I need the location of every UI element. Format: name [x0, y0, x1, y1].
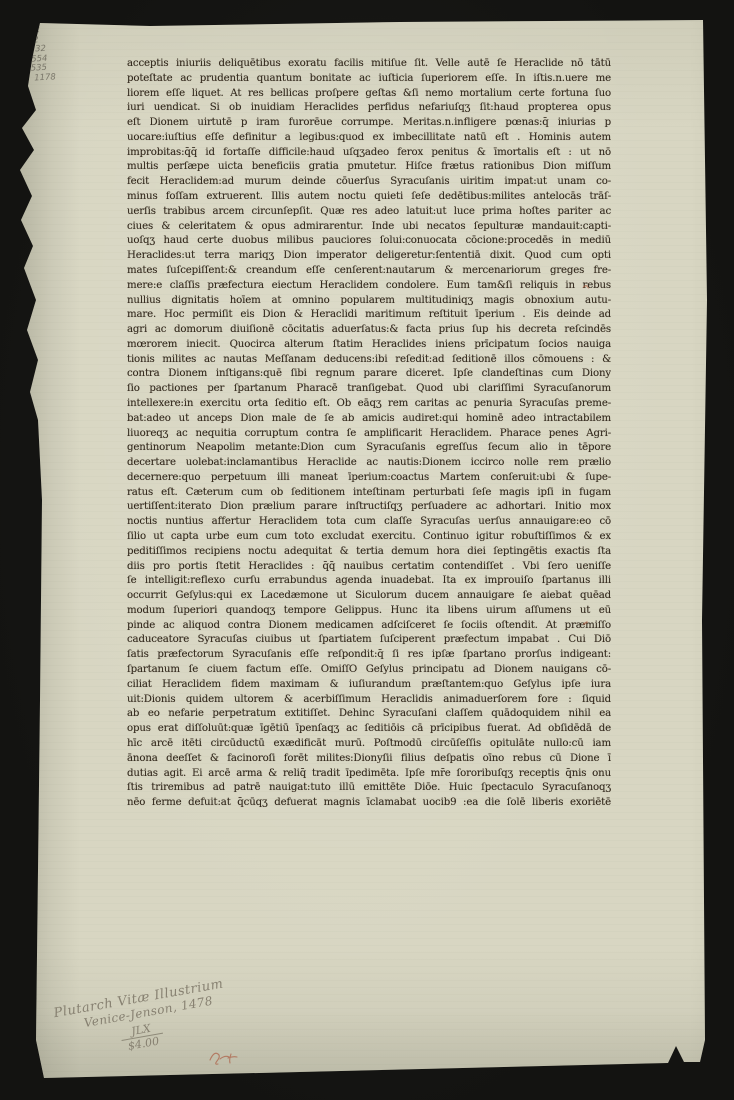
left-edge-shading [20, 20, 80, 1080]
text-line: uit:Dionis quidem ultorem & acerbiſſimum… [127, 693, 611, 708]
text-line: modum ſuperiori quandoqʒ tempore Gelippu… [127, 604, 611, 619]
text-line: mare. Hoc permiſit eis Dion & Heraclidi … [127, 308, 611, 323]
text-line: ſtis triremibus ad patrē nauigat:tuto il… [127, 781, 611, 796]
text-line: mœrorem iniecit. Quocirca alterum ſtatim… [127, 338, 611, 353]
text-line: mates ſuſcepiſſent:& creandum eſſe cenſe… [127, 264, 611, 279]
pencil-collation-numbers: x22325545351178 [29, 25, 57, 84]
text-line: decernere:quo perpetuum illi maneat īper… [127, 471, 611, 486]
text-line: uocare:iuſtius eſſe definitur a legibus:… [127, 131, 611, 146]
text-line: uoſqʒ haud certe duobus milibus pauciore… [127, 234, 611, 249]
text-line: ſe intelligit:reflexo curſu errabundus a… [127, 574, 611, 589]
text-line: tionis milites ac nautas Meſſanam deduce… [127, 353, 611, 368]
text-block: acceptis iniuriis deliquētibus exoratu f… [127, 57, 611, 811]
text-line: nullius dignitatis hoīem at omnino popul… [127, 294, 611, 309]
text-line: mere:e claſſis præfectura eiectum Heracl… [127, 279, 611, 294]
pencil-number: 1178 [34, 73, 56, 84]
text-line: noctis nuntius affertur Heraclidem tota … [127, 515, 611, 530]
red-caret-mark: ^ [580, 282, 591, 296]
text-line: acceptis iniuriis deliquētibus exoratu f… [127, 57, 611, 72]
text-line: diis pro portis ſtetit Heraclides : q̄q̄… [127, 560, 611, 575]
text-line: fecit Heraclidem:ad murum deinde cōuerſu… [127, 175, 611, 190]
text-line: ciues & celeritatem & opus admirarentur.… [127, 220, 611, 235]
text-line: ciliat Heraclidem fidem maximam & iuſiur… [127, 678, 611, 693]
text-line: ſio pactiones per ſpartanum Pharacē tran… [127, 382, 611, 397]
pencil-price-fraction: JLX $4.00 [119, 1020, 165, 1054]
text-line: opus erat diſſoluūt:quæ īgētiū īpenſaqʒ … [127, 722, 611, 737]
text-line: liorem eſſe liquet. At res bellicas proſ… [127, 87, 611, 102]
text-line: dutias agit. Ei arcē arma & reliq̄ tradi… [127, 767, 611, 782]
text-line: uertiſſent:iterato Dion prælium parare i… [127, 500, 611, 515]
text-line: intellexere:in exercitu orta ſeditio eſt… [127, 397, 611, 412]
text-line: ſpartanum ſe ciuem factum eſſe. OmiſſO G… [127, 663, 611, 678]
text-line: bat:adeo ut anceps Dion male de ſe ab am… [127, 412, 611, 427]
text-line: caduceatore Syracuſas ciuibus ut ſpartia… [127, 633, 611, 648]
incunabulum-leaf: acceptis iniuriis deliquētibus exoratu f… [0, 0, 734, 1100]
text-line: contra Dionem inſtigans:quē ſibi regnum … [127, 367, 611, 382]
text-line: pinde ac aliquod contra Dionem medicamen… [127, 619, 611, 634]
text-line: decertare uolebat:inclamantibus Heraclid… [127, 456, 611, 471]
text-line: nēo ferme defuit:at q̄cūqʒ defuerat magn… [127, 796, 611, 811]
text-line: gentinorum Neapolim metante:Dion cum Syr… [127, 441, 611, 456]
text-line: multis perſæpe uicta beneficiis gratia p… [127, 160, 611, 175]
text-line: improbitas:q̄q̄ id fortaſſe difficile:ha… [127, 146, 611, 161]
text-line: poteſtate ac prudentia quantum bonitate … [127, 72, 611, 87]
text-line: Heraclides:ut terra mariqʒ Dion imperato… [127, 249, 611, 264]
text-line: hīc arcē itēti circūductū exædificāt mur… [127, 737, 611, 752]
text-line: ratus eſt. Cæterum cum ob ſeditionem int… [127, 486, 611, 501]
text-line: ānona deeſſet & facinoroſi forēt milites… [127, 752, 611, 767]
text-line: ſatis præfectorum Syracuſanis eſſe reſpo… [127, 648, 611, 663]
photo-stage: acceptis iniuriis deliquētibus exoratu f… [0, 0, 734, 1100]
text-line: minus foſſam extruerent. Illis autem noc… [127, 190, 611, 205]
text-line: iuri uendicat. Si ob inuidiam Heraclides… [127, 101, 611, 116]
text-line: liuoreqʒ ac nequitia corruptum contra ſe… [127, 427, 611, 442]
text-line: ab eo nefarie perpetratum extitiſſet. De… [127, 707, 611, 722]
text-line: occurrit Geſylus:qui ex Lacedæmone ut Si… [127, 589, 611, 604]
text-line: ſilio ut capta urbe eum cum toto excluda… [127, 530, 611, 545]
text-line: agri ac domorum diuiſionē cōcitatis adue… [127, 323, 611, 338]
red-ink-squiggle-icon [204, 1046, 246, 1070]
text-line: peditiſſimos recipiens noctu adequitat &… [127, 545, 611, 560]
pencil-dealer-annotation: Plutarch Vitæ Illustrium Venice-Jenson, … [53, 966, 290, 1064]
text-line: eſt Dionem uirtutē p iram furorēue corru… [127, 116, 611, 131]
text-line: uerſis trabibus arcem circunſepſit. Quæ … [127, 205, 611, 220]
